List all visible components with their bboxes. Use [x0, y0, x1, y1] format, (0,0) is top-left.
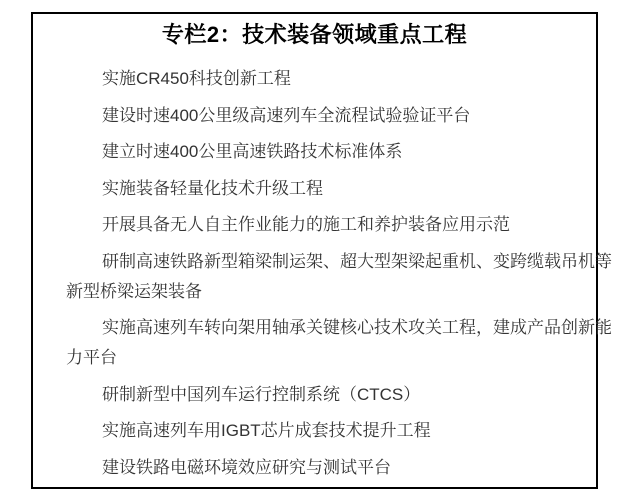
list-item-line: 实施装备轻量化技术升级工程 [66, 174, 583, 204]
list-item: 建设铁路电磁环境效应研究与测试平台 [66, 453, 583, 483]
list-item-line: 实施高速列车转向架用轴承关键核心技术攻关工程，建成产品创新能 [66, 313, 583, 343]
list-item: 实施CR450科技创新工程 [66, 64, 583, 94]
list-item: 建立时速400公里高速铁路技术标准体系 [66, 137, 583, 167]
list-item: 实施高速列车用IGBT芯片成套技术提升工程 [66, 416, 583, 446]
list-item: 研制新型中国列车运行控制系统（CTCS） [66, 380, 583, 410]
page: 专栏2：技术装备领域重点工程 实施CR450科技创新工程建设时速400公里级高速… [0, 0, 641, 500]
list-item: 开展具备无人自主作业能力的施工和养护装备应用示范 [66, 210, 583, 240]
list-item-line: 建设铁路电磁环境效应研究与测试平台 [66, 453, 583, 483]
list-item-line: 建立时速400公里高速铁路技术标准体系 [66, 137, 583, 167]
list-item-line: 研制高速铁路新型箱梁制运架、超大型架梁起重机、变跨缆载吊机等 [66, 247, 583, 277]
list-item-line: 实施CR450科技创新工程 [66, 64, 583, 94]
box-body: 实施CR450科技创新工程建设时速400公里级高速列车全流程试验验证平台建立时速… [33, 64, 596, 483]
list-item: 实施高速列车转向架用轴承关键核心技术攻关工程，建成产品创新能力平台 [66, 313, 583, 373]
callout-box: 专栏2：技术装备领域重点工程 实施CR450科技创新工程建设时速400公里级高速… [31, 12, 598, 489]
list-item: 建设时速400公里级高速列车全流程试验验证平台 [66, 101, 583, 131]
list-item-line: 实施高速列车用IGBT芯片成套技术提升工程 [66, 416, 583, 446]
list-item-line: 建设时速400公里级高速列车全流程试验验证平台 [66, 101, 583, 131]
list-item-line: 力平台 [66, 343, 583, 373]
list-item-line: 新型桥梁运架装备 [66, 277, 583, 307]
list-item-line: 开展具备无人自主作业能力的施工和养护装备应用示范 [66, 210, 583, 240]
box-title: 专栏2：技术装备领域重点工程 [33, 20, 596, 50]
list-item-line: 研制新型中国列车运行控制系统（CTCS） [66, 380, 583, 410]
list-item: 研制高速铁路新型箱梁制运架、超大型架梁起重机、变跨缆载吊机等新型桥梁运架装备 [66, 247, 583, 307]
list-item: 实施装备轻量化技术升级工程 [66, 174, 583, 204]
